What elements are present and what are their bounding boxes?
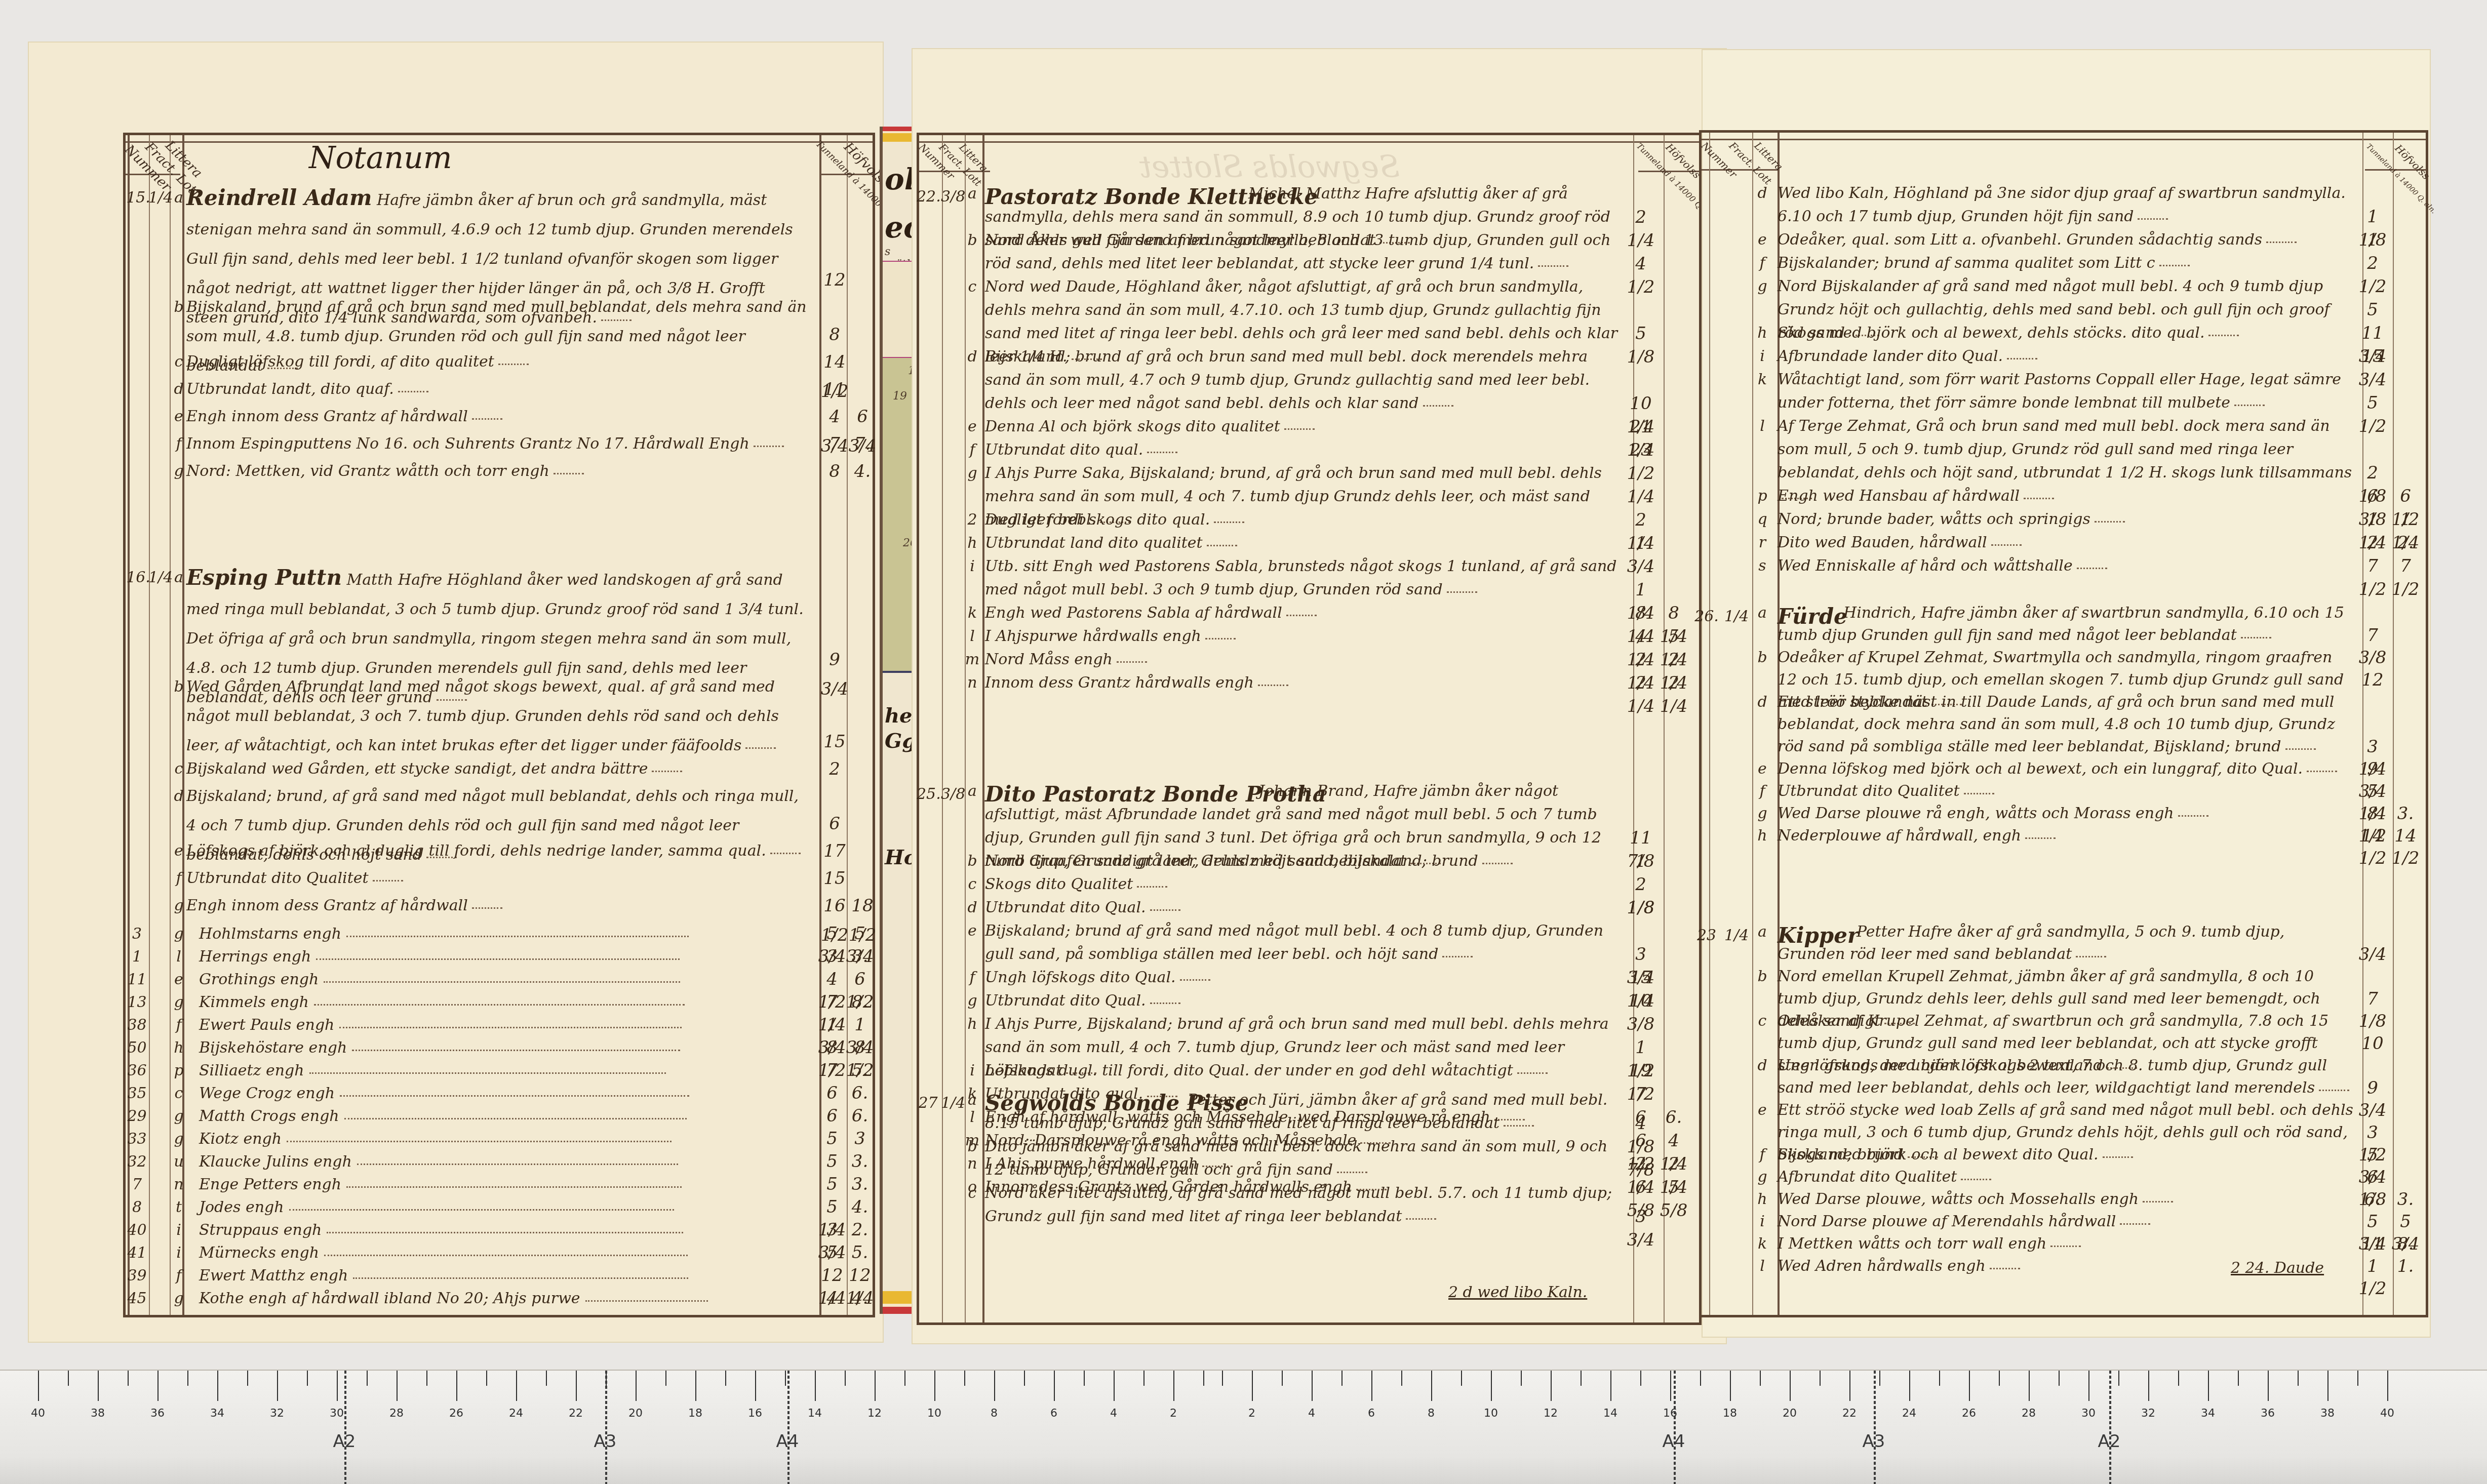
ledger-row: eDenna löfskog med björk och al bewext, … <box>1699 758 2423 780</box>
ledger-row: cBijskaland wed Gården, ett stycke sandi… <box>123 754 870 782</box>
leader-dots <box>1442 953 1473 957</box>
ledger-row: aHindrich, Hafre jämbn åker af swartbrun… <box>1699 602 2423 647</box>
entry-description: Wed Darse plouwe rå engh, wåtts och Mora… <box>1778 803 2355 825</box>
value-hofvolss: 4. <box>845 1196 875 1219</box>
ledger-row: bWed Gården Afbrundat land med något sko… <box>123 672 870 754</box>
entry-littera: e <box>1752 1099 1772 1121</box>
ledger-row: pEngh wed Hansbau af hårdwall6 3/86 1/2 <box>1699 485 2423 508</box>
leader-dots <box>2050 1242 2081 1247</box>
entry-littera: f <box>1752 1144 1772 1166</box>
meadow-text: Hohlmstarns engh <box>199 925 341 943</box>
ledger-row: gUtbrundat dito Qual.10 3/8 <box>917 989 1696 1013</box>
ledger-row: hSkogs med björk och al bewext, dehls st… <box>1699 322 2423 345</box>
leader-dots <box>2234 402 2265 406</box>
entry-description: Nord Darse plouwe af Merendahls hårdwall <box>1778 1211 2355 1233</box>
meadow-name: Bijskehöstare engh <box>199 1036 797 1059</box>
entry-description: Engh wed Hansbau af hårdwall <box>1778 485 2355 508</box>
meadow-number: 8 <box>123 1196 151 1219</box>
meadow-name: Kothe engh af hårdwall ibland No 20; Ahj… <box>199 1287 797 1310</box>
ledger-row: fSkogs med björk och al bewext dito Qual… <box>1699 1144 2423 1166</box>
value-tunneland: 17 <box>819 836 850 866</box>
entry-text: Dito wed Bauden, hårdwall <box>1778 534 1987 551</box>
ruler-tick <box>1491 1371 1492 1401</box>
ledger-row: dWed libo Kaln, Höghland på 3ne sidor dj… <box>1699 182 2423 228</box>
ruler-tick <box>1939 1371 1940 1386</box>
entry-text: I Mettken wåtts och torr wall engh <box>1778 1235 2046 1253</box>
ruler-tick <box>1909 1371 1910 1401</box>
entry-fraction: 1/4 <box>148 563 169 592</box>
entry-description: Bijskaland wed Gården, ett stycke sandig… <box>186 754 809 784</box>
entry-description: Innom dess Grantz hårdwalls engh <box>985 671 1618 695</box>
paper-size-label: A2 <box>2098 1431 2121 1452</box>
value-tunneland: 6. <box>2357 1188 2388 1211</box>
ledger-row: dEtt ströö stycke näst in till Daude Lan… <box>1699 691 2423 758</box>
leader-dots <box>2024 495 2054 499</box>
entry-description: Petter Hafre åker af grå sandmylla, 5 oc… <box>1778 921 2355 966</box>
meadow-name: Matth Crogs engh <box>199 1105 797 1128</box>
entry-littera: e <box>169 402 189 431</box>
entry-text: Af Terge Zehmat, Grå och brun sand med m… <box>1778 417 2352 482</box>
ruler-tick <box>1670 1371 1671 1401</box>
entry-description: Engh innom dess Grantz af hårdwall <box>186 402 809 431</box>
ruler-number: 14 <box>808 1407 822 1420</box>
value-hofvolss: 7 1/2 <box>2390 554 2421 601</box>
ledger-row: aMichel Matthz Hafre afsluttig åker af g… <box>917 182 1696 229</box>
meadow-littera: u <box>169 1150 189 1173</box>
ruler-number: 26 <box>449 1407 463 1420</box>
meadow-name: Enge Petters engh <box>199 1173 797 1196</box>
entry-text: Dugligt löfskog till fordi, af dito qual… <box>186 353 494 371</box>
value-tunneland: 3 <box>817 945 847 968</box>
entry-description: Afbrundade lander dito Qual. <box>1778 345 2355 368</box>
paper-size-line <box>1674 1371 1676 1484</box>
ledger-row: eEngh innom dess Grantz af hårdwall4 3/4… <box>123 402 870 429</box>
ledger-row: gEngh innom dess Grantz af hårdwall16 1/… <box>123 891 870 918</box>
ruler-number: 30 <box>2081 1407 2096 1420</box>
value-tunneland: 5 <box>817 1241 847 1264</box>
entry-text: Afbrundade lander dito Qual. <box>1778 347 2003 365</box>
entry-description: Nord: Mettken, vid Grantz wåtth och torr… <box>186 457 809 486</box>
ruler-number: 30 <box>330 1407 344 1420</box>
entry-description: Nord Graafen sandigt land, Grundz höjt s… <box>985 850 1618 873</box>
entry-text: Engh wed Pastorens Sabla af hårdwall <box>985 604 1282 622</box>
meadow-number: 13 <box>123 991 151 1014</box>
ruler-tick <box>1461 1371 1462 1386</box>
meadow-text: Enge Petters engh <box>199 1176 341 1193</box>
ledger-row: bNord Åker wed Gården af brun sandmylla,… <box>917 229 1696 275</box>
value-tunneland: 10 <box>2357 1032 2388 1055</box>
ruler-tick <box>1969 1371 1970 1401</box>
entry-text: Bijskaland; brund af grå sand med något … <box>985 922 1603 963</box>
entry-text: Skogs dito Qualitet <box>985 875 1133 893</box>
ruler-number: 40 <box>2380 1407 2394 1420</box>
value-tunneland: 2 <box>819 754 850 784</box>
leader-dots <box>1406 1215 1436 1220</box>
leader-dots <box>1150 906 1180 911</box>
ruler-number: 10 <box>1484 1407 1498 1420</box>
entry-text: Utbrundat landt, dito quaf. <box>186 380 394 398</box>
leader-dots <box>1482 860 1513 864</box>
leader-dots <box>346 933 689 937</box>
entry-owner-name: Esping Puttn <box>186 565 342 590</box>
meadow-text: Wege Crogz engh <box>199 1085 335 1102</box>
entry-text: Ungh löfskogs dito Qual. <box>985 969 1176 986</box>
value-hofvolss: 2. <box>845 1219 875 1241</box>
entry-description: Utbrundat dito Qual. <box>985 989 1618 1013</box>
ruler-tick <box>1084 1371 1085 1386</box>
entry-littera: f <box>962 966 982 989</box>
meadow-number: 38 <box>123 1014 151 1036</box>
leader-dots <box>353 1274 688 1279</box>
meadow-littera: c <box>169 1082 189 1105</box>
entry-description: Petter och Jüri, jämbn åker af grå sand … <box>985 1089 1618 1135</box>
leader-dots <box>373 877 403 881</box>
entry-description: Wed Gården Afbrundat land med något skog… <box>186 672 809 760</box>
leader-dots <box>2120 1220 2150 1225</box>
ruler-tick <box>1401 1371 1402 1386</box>
leader-dots <box>2178 812 2208 817</box>
meadow-row: 41iMürnecks engh55. <box>123 1241 870 1264</box>
entry-text: Wed Enniskalle af hård och wåttshalle <box>1778 557 2073 575</box>
meadow-littera: f <box>169 1264 189 1287</box>
ruler-tick <box>1143 1371 1144 1386</box>
entry-description: Skogs med björk och al bewext dito Qual. <box>1778 1144 2355 1166</box>
ruler-tick <box>904 1371 905 1386</box>
meadow-littera: g <box>169 923 189 945</box>
value-hofvolss: 1. <box>2390 1255 2421 1277</box>
ruler-number: 10 <box>927 1407 941 1420</box>
value-tunneland: 11 <box>2357 1233 2388 1255</box>
ruler-tick <box>426 1371 427 1386</box>
ledger-row: fBijskalander; brund af samma qualitet s… <box>1699 252 2423 275</box>
meadow-littera: i <box>169 1241 189 1264</box>
meadow-number: 11 <box>123 968 151 991</box>
ledger-row: cOdeåker af Krupel Zehmat, af swartbrun … <box>1699 1010 2423 1055</box>
value-tunneland: 1 1/2 <box>2357 1255 2388 1300</box>
entry-littera: m <box>962 648 982 671</box>
value-tunneland: 12 <box>819 265 850 295</box>
entry-text: Nord: Mettken, vid Grantz wåtth och torr… <box>186 462 549 480</box>
entry-owner-name: Reindrell Adam <box>186 185 372 210</box>
paper-size-label: A4 <box>776 1431 799 1452</box>
leader-dots <box>2025 834 2056 839</box>
entry-littera: q <box>1752 508 1772 531</box>
entry-littera: n <box>962 671 982 695</box>
value-tunneland: 7/8 <box>1626 1158 1656 1182</box>
leader-dots <box>1214 518 1244 523</box>
entry-description: Innom Espingputtens No 16. och Suhrents … <box>186 429 809 459</box>
paper-size-label: A4 <box>1663 1431 1685 1452</box>
entry-text: Nord Darse plouwe af Merendahls hårdwall <box>1778 1213 2116 1230</box>
entry-littera: e <box>1752 758 1772 780</box>
entry-text: Nord Måss engh <box>985 651 1113 668</box>
entry-description: Nord; brunde bader, wåtts och springigs <box>1778 508 2355 531</box>
entry-littera: a <box>962 182 982 206</box>
entry-littera: h <box>1752 825 1772 847</box>
leader-dots <box>1180 976 1210 981</box>
entry-text: Dugligt fordi skogs dito qual. <box>985 511 1210 529</box>
value-hofvolss: 3. <box>2390 1188 2421 1211</box>
value-hofvolss: 3 <box>845 1128 875 1150</box>
meadow-name: Herrings engh <box>199 945 797 968</box>
ruler-tick <box>2327 1371 2328 1401</box>
entry-description: Utbrundat dito Qualitet <box>186 864 809 893</box>
ruler-tick <box>1700 1371 1701 1386</box>
ledger-row: gWed Darse plouwe rå engh, wåtts och Mor… <box>1699 803 2423 825</box>
entry-text: Wed Darse plouwe rå engh, wåtts och Mora… <box>1778 805 2174 822</box>
entry-text: Innom Espingputtens No 16. och Suhrents … <box>186 435 749 453</box>
ledger-row: hUtbrundat land dito qualitet1 3/4 <box>917 532 1696 555</box>
leader-dots <box>1990 1265 2020 1269</box>
leader-dots <box>339 1024 682 1028</box>
entry-description: I Ahjspurwe hårdwalls engh <box>985 625 1618 648</box>
entry-description: I Mettken wåtts och torr wall engh <box>1778 1233 2355 1255</box>
ruler-number: 8 <box>991 1407 998 1420</box>
paper-size-label: A2 <box>333 1431 356 1452</box>
entry-description: Nord Åker wed Gården af brun sandmylla, … <box>985 229 1618 275</box>
leader-dots <box>770 850 801 854</box>
meadow-text: Kimmels engh <box>199 993 309 1011</box>
meadow-row: 29gMatth Crogs engh66. <box>123 1105 870 1128</box>
entry-description: Bijskalander; brund af samma qualitet so… <box>1778 252 2355 275</box>
meadow-number: 50 <box>123 1036 151 1059</box>
value-hofvolss: 14 1/2 <box>2390 825 2421 869</box>
ruler-tick <box>785 1371 786 1386</box>
value-tunneland: 1/8 <box>1626 896 1656 919</box>
page-title: Notanum <box>309 140 452 176</box>
meadow-text: Grothings engh <box>199 971 319 988</box>
value-hofvolss: 5. <box>845 1059 875 1082</box>
ruler-number: 16 <box>748 1407 762 1420</box>
leader-dots <box>745 744 776 749</box>
paper-size-label: A3 <box>1863 1431 1885 1452</box>
ruler-tick <box>875 1371 876 1401</box>
meadow-name: Grothings engh <box>199 968 797 991</box>
value-hofvolss: 3. <box>845 1150 875 1173</box>
meadow-row: 1lHerrings engh33. <box>123 945 870 968</box>
entry-littera: k <box>962 601 982 625</box>
ruler-tick <box>2268 1371 2269 1401</box>
ruler-tick <box>964 1371 965 1386</box>
entry-description: Engh innom dess Grantz af hårdwall <box>186 891 809 920</box>
meadow-number: 29 <box>123 1105 151 1128</box>
value-tunneland: 1 <box>2357 228 2388 252</box>
middle-page: Segwolds Slottet Nummer Fract. Lott Litt… <box>912 48 1727 1344</box>
entry-littera: g <box>962 989 982 1013</box>
leader-dots <box>2307 768 2337 772</box>
meadow-littera: p <box>169 1059 189 1082</box>
entry-description: Hindrich, Hafre jämbn åker af swartbrun … <box>1778 602 2355 647</box>
entry-text: Utbrundat dito Qualitet <box>1778 782 1960 800</box>
entry-littera: k <box>1752 368 1772 391</box>
entry-text: Löfskogs dugl. till fordi, dito Qual. de… <box>985 1062 1513 1079</box>
entry-littera: b <box>962 229 982 252</box>
value-tunneland: 15 <box>819 727 850 756</box>
leader-dots <box>2103 1153 2133 1158</box>
entry-text: Utbrundat dito Qualitet <box>186 869 369 887</box>
leader-dots <box>1117 658 1147 663</box>
value-tunneland: 8 <box>819 457 850 486</box>
entry-littera: g <box>169 891 189 920</box>
ledger-row: nInnom dess Grantz hårdwalls engh2 1/42 … <box>917 671 1696 695</box>
leader-dots <box>1504 1122 1534 1127</box>
entry-description: Ung löfskogs med björk och al bewext, 7 … <box>1778 1055 2355 1099</box>
meadow-littera: l <box>169 945 189 968</box>
entry-text: Innom dess Grantz hårdwalls engh <box>985 674 1254 692</box>
ruler-tick <box>1312 1371 1313 1401</box>
ledger-row: eDenna Al och björk skogs dito qualitet2… <box>917 415 1696 438</box>
entry-text: Nord; brunde bader, wåtts och springigs <box>1778 510 2090 528</box>
entry-littera: g <box>1752 1166 1772 1188</box>
meadow-name: Silliaetz engh <box>199 1059 797 1082</box>
ruler-number: 22 <box>1842 1407 1857 1420</box>
meadow-text: Jodes engh <box>199 1198 284 1216</box>
meadow-littera: n <box>169 1173 189 1196</box>
meadow-name: Kiotz engh <box>199 1128 797 1150</box>
entry-text: Nederplouwe af hårdwall, engh <box>1778 827 2021 845</box>
meadow-littera: e <box>169 968 189 991</box>
ledger-row: gNord: Mettken, vid Grantz wåtth och tor… <box>123 457 870 484</box>
leader-dots <box>327 1229 683 1233</box>
entry-littera: c <box>169 754 189 784</box>
value-tunneland: 14 1/2 <box>2357 825 2388 869</box>
ledger-row: iAfbrundade lander dito Qual.15 3/4 <box>1699 345 2423 368</box>
ruler-tick <box>815 1371 816 1401</box>
entry-text: Ett ströö stycke näst in till Daude Land… <box>1778 693 2335 755</box>
ledger-row: qNord; brunde bader, wåtts och springigs… <box>1699 508 2423 531</box>
entry-littera: h <box>962 1013 982 1036</box>
meadow-number: 36 <box>123 1059 151 1082</box>
leader-dots <box>1423 402 1453 407</box>
meadow-name: Ewert Matthz engh <box>199 1264 797 1287</box>
ledger-row: dBijskaland; brund af grå och brun sand … <box>917 345 1696 415</box>
ruler-tick <box>2088 1371 2089 1401</box>
value-tunneland: 8 <box>819 320 850 349</box>
leader-dots <box>1337 1169 1367 1173</box>
entry-description: Skogs dito Qualitet <box>985 873 1618 896</box>
entry-text: Petter Hafre åker af grå sandmylla, 5 oc… <box>1778 923 2284 963</box>
ruler-tick <box>217 1371 218 1401</box>
value-hofvolss: 6. <box>845 1082 875 1105</box>
ruler-tick <box>187 1371 188 1386</box>
ledger-row: 15.1/4aReindrell Adam Hafre jämbn åker a… <box>123 183 870 293</box>
entry-text: Utbrundat land dito qualitet <box>985 534 1203 552</box>
meadow-text: Klaucke Julins engh <box>199 1153 352 1171</box>
leader-dots <box>324 978 680 983</box>
value-tunneland: 2 1/4 <box>1626 671 1656 718</box>
ruler-number: 12 <box>1544 1407 1558 1420</box>
entry-description: Utbrundat landt, dito quaf. <box>186 375 809 404</box>
paper-size-line <box>344 1371 346 1484</box>
entry-littera: l <box>1752 1255 1772 1277</box>
entry-littera: d <box>169 375 189 404</box>
entry-littera: p <box>1752 485 1772 508</box>
ruler-tick <box>1999 1371 2000 1386</box>
meadow-littera: g <box>169 1287 189 1310</box>
entry-description: Ett ströö stycke näst in till Daude Land… <box>1778 691 2355 758</box>
ruler-number: 24 <box>1902 1407 1916 1420</box>
ruler-tick <box>2178 1371 2179 1386</box>
entry-description: Dugligt fordi skogs dito qual. <box>985 508 1618 532</box>
ruler-tick <box>994 1371 995 1401</box>
entry-text: Utbrundat dito qual. <box>985 441 1143 459</box>
entry-text: Odeåker, qual. som Litt a. ofvanbehl. Gr… <box>1778 231 2262 249</box>
entry-littera: g <box>962 462 982 485</box>
right-page: Nummer Fract. Lott Littera Tunneland à 1… <box>1702 49 2431 1338</box>
ledger-row: cSkogs dito Qualitet2 1/8 <box>917 873 1696 896</box>
entry-description: Wed Enniskalle af hård och wåttshalle <box>1778 554 2355 578</box>
leader-dots <box>2285 745 2316 750</box>
ledger-row: iNord Darse plouwe af Merendahls hårdwal… <box>1699 1211 2423 1233</box>
entry-text: Engh wed Hansbau af hårdwall <box>1778 487 2020 505</box>
meadow-row: 32uKlaucke Julins engh53. <box>123 1150 870 1173</box>
ledger-row: bOdeåker af Krupel Zehmat, Swartmylla oc… <box>1699 647 2423 691</box>
meadow-name: Hohlmstarns engh <box>199 923 797 945</box>
meadow-row: 11eGrothings engh4 1/26 1/2 <box>123 968 870 991</box>
entry-description: Nord Måss engh <box>985 648 1618 671</box>
entry-littera: h <box>1752 322 1772 345</box>
meadow-text: Kiotz engh <box>199 1130 282 1148</box>
entry-description: Utbrundat dito qual. <box>985 438 1618 462</box>
value-tunneland: 5 <box>2357 298 2388 322</box>
ledger-row: fUtbrundat dito qual.23 1/2 <box>917 438 1696 462</box>
ruler-tick <box>277 1371 278 1401</box>
ruler-number: 28 <box>2022 1407 2036 1420</box>
leader-dots <box>2266 238 2297 243</box>
paper-size-line <box>2109 1371 2111 1484</box>
entry-littera: f <box>1752 780 1772 803</box>
ledger-row: lAf Terge Zehmat, Grå och brun sand med … <box>1699 415 2423 485</box>
entry-littera: d <box>1752 691 1772 713</box>
entry-littera: i <box>962 555 982 578</box>
entry-text: Denna Al och björk skogs dito qualitet <box>985 418 1280 435</box>
entry-littera: k <box>1752 1233 1772 1255</box>
value-hofvolss: 4. <box>847 457 878 486</box>
ledger-row: dUtbrundat dito Qual.1/8 <box>917 896 1696 919</box>
entry-littera: f <box>169 429 189 459</box>
ledger-row: gI Ahjs Purre Saka, Bijskaland; brund, a… <box>917 462 1696 508</box>
leader-dots <box>316 955 680 960</box>
ledger-row: iLöfskogs dugl. till fordi, dito Qual. d… <box>917 1059 1696 1082</box>
ruler-tick <box>68 1371 69 1386</box>
entry-littera: b <box>169 293 189 322</box>
ruler-number: 36 <box>150 1407 165 1420</box>
ledger-row: bDito jämbn åker af grå sand med mull be… <box>917 1135 1696 1182</box>
leader-dots <box>309 1069 666 1074</box>
entry-description: Wed Darse plouwe, wåtts och Mossehalls e… <box>1778 1188 2355 1211</box>
ledger-row: mNord Måss engh2 1/42 1/4 <box>917 648 1696 671</box>
meadow-littera: h <box>169 1036 189 1059</box>
entry-description: Löfskogs dugl. till fordi, dito Qual. de… <box>985 1059 1618 1082</box>
entry-text: Wed Adren hårdwalls engh <box>1778 1257 1986 1275</box>
leader-dots <box>398 388 428 392</box>
entry-description: Bijskaland; brund af grå sand med något … <box>985 919 1618 966</box>
entry-text: Engh innom dess Grantz af hårdwall <box>186 897 468 914</box>
ruler-tick <box>695 1371 696 1401</box>
leader-dots <box>2077 565 2107 569</box>
entry-littera: f <box>169 864 189 893</box>
entry-text: Ung löfskogs med björk och al bewext, 7 … <box>1778 1057 2327 1097</box>
ruler-tick <box>2059 1371 2060 1386</box>
paper-size-line <box>787 1371 789 1484</box>
ruler-tick <box>725 1371 726 1386</box>
entry-littera: d <box>169 782 189 811</box>
ruler-tick <box>845 1371 846 1386</box>
ledger-row: kWåtachtigt land, som förr warit Pastorn… <box>1699 368 2423 415</box>
entry-littera: a <box>1752 602 1772 624</box>
ruler-tick <box>1431 1371 1432 1401</box>
leader-dots <box>2095 518 2125 523</box>
